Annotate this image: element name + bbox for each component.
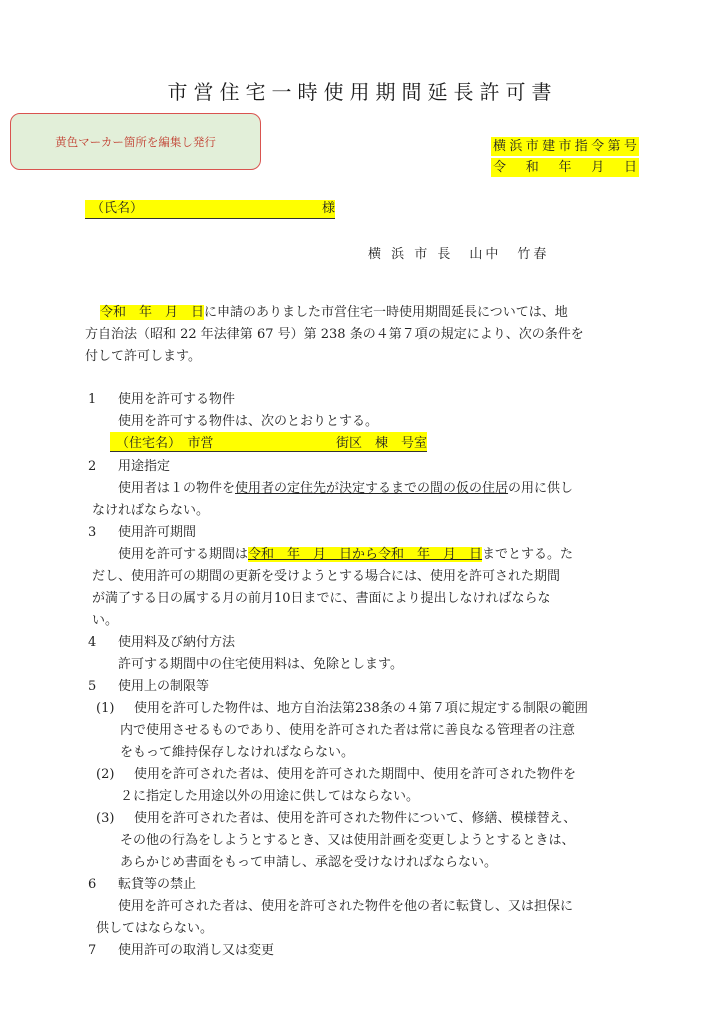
intro-line-2: 方自治法（昭和 22 年法律第 67 号）第 238 条の４第７項の規定により、…	[85, 323, 584, 342]
section-3-line-4: い。	[92, 609, 118, 628]
section-5-item-1-line-3: をもって維持保存しなければならない。	[120, 741, 354, 760]
section-6-line-2: 供してはならない。	[96, 917, 213, 936]
reference-number-field[interactable]: 横 浜 市 建 市 指 令 第 号	[491, 137, 639, 156]
section-5-item-3-line-3: あらかじめ書面をもって申請し、承認を受けなければならない。	[120, 851, 497, 870]
section-5-item-1: (1)使用を許可した物件は、地方自治法第238条の４第７項に規定する制限の範囲	[96, 697, 588, 716]
section-4-heading: 4使用料及び納付方法	[88, 631, 235, 650]
section-3-text: 使用を許可する期間は令和 年 月 日から令和 年 月 日までとする。た	[118, 543, 573, 562]
reference-block: 横 浜 市 建 市 指 令 第 号 令 和 年 月 日	[491, 137, 639, 179]
section-2-text: 使用者は１の物件を使用者の定住先が決定するまでの間の仮の住居の用に供し	[118, 477, 573, 496]
intro-line-1: 令和 年 月 日に申請のありました市営住宅一時使用期間延長については、地	[100, 301, 568, 320]
editing-note-text: 黄色マーカー箇所を編集し発行	[55, 134, 216, 150]
section-5-item-1-line-2: 内で使用させるものであり、使用を許可された者は常に善良なる管理者の注意	[120, 719, 575, 738]
addressee-suffix: 様	[322, 200, 335, 218]
addressee-label: （氏名）	[85, 200, 143, 218]
permit-period-field[interactable]: 令和 年 月 日から令和 年 月 日	[248, 547, 482, 562]
addressee-name-field[interactable]: （氏名） 様	[85, 200, 335, 219]
section-7-heading: 7使用許可の取消し又は変更	[88, 939, 274, 958]
section-4-text: 許可する期間中の住宅使用料は、免除とします。	[118, 653, 403, 672]
application-date-field[interactable]: 令和 年 月 日	[100, 305, 204, 320]
section-3-line-2: だし、使用許可の期間の更新を受けようとする場合には、使用を許可された期間	[92, 565, 560, 584]
section-3-line-3: が満了する日の属する月の前月10日までに、書面により提出しなければならな	[92, 587, 551, 606]
usage-purpose: 使用者の定住先が決定するまでの間の仮の住居	[235, 481, 508, 496]
property-name-field[interactable]: （住宅名） 市営 街区 棟 号室	[110, 432, 427, 452]
section-5-item-3: (3)使用を許可された者は、使用を許可された物件について、修繕、模様替え、	[96, 807, 576, 826]
section-5-item-2: (2)使用を許可された者は、使用を許可された期間中、使用を許可された物件を	[96, 763, 576, 782]
section-1-text: 使用を許可する物件は、次のとおりとする。	[118, 410, 378, 429]
intro-line-3: 付して許可します。	[85, 345, 201, 364]
issuer-name: 横 浜 市 長 山中 竹春	[368, 243, 549, 262]
section-2-text-line-2: なければならない。	[92, 499, 209, 518]
document-title: 市営住宅一時使用期間延長許可書	[0, 76, 725, 105]
section-6-line-1: 使用を許可された者は、使用を許可された物件を他の者に転貸し、又は担保に	[118, 895, 573, 914]
section-5-heading: 5使用上の制限等	[88, 675, 209, 694]
section-3-heading: 3使用許可期間	[88, 521, 196, 540]
issue-date-field[interactable]: 令 和 年 月 日	[491, 158, 639, 177]
section-2-heading: 2用途指定	[88, 455, 170, 474]
section-5-item-3-line-2: その他の行為をしようとするとき、又は使用計画を変更しようとするときは、	[120, 829, 574, 848]
editing-note-box: 黄色マーカー箇所を編集し発行	[10, 113, 261, 170]
section-5-item-2-line-2: ２に指定した用途以外の用途に供してはならない。	[120, 785, 419, 804]
section-6-heading: 6転貸等の禁止	[88, 873, 196, 892]
section-1-heading: 1使用を許可する物件	[88, 388, 235, 407]
